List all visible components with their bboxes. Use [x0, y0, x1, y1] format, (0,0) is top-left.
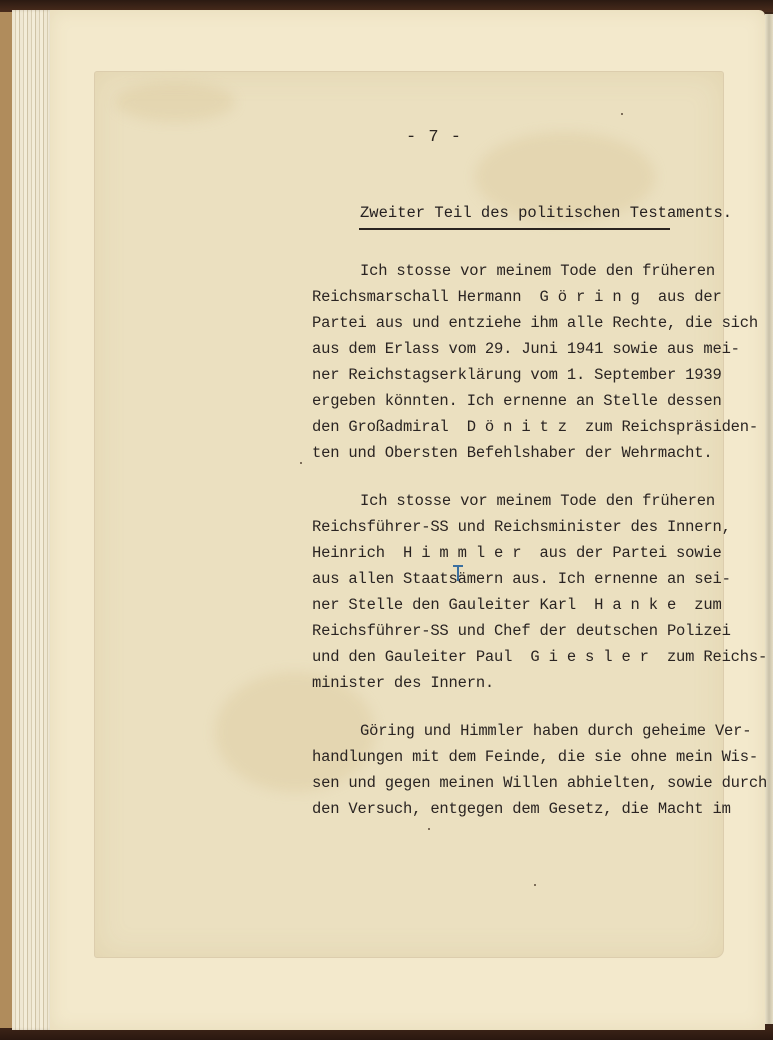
paper-speck: [534, 884, 536, 886]
handwritten-insertion-mark: [453, 564, 463, 582]
paper-speck: [621, 113, 623, 115]
text-line: Reichsmarschall Hermann G ö r i n g aus …: [312, 288, 722, 306]
page-number: - 7 -: [406, 128, 462, 147]
book-board-left: [0, 12, 12, 1028]
title-underline: [359, 228, 670, 230]
document-title: Zweiter Teil des politischen Testaments.: [360, 204, 732, 222]
text-line: handlungen mit dem Feinde, die sie ohne …: [312, 748, 758, 766]
text-line: Reichsführer-SS und Reichsminister des I…: [312, 518, 731, 536]
text-line: ergeben könnten. Ich ernenne an Stelle d…: [312, 392, 722, 410]
text-line: ten und Obersten Befehlshaber der Wehrma…: [312, 444, 712, 462]
text-line: ner Reichstagserklärung vom 1. September…: [312, 366, 722, 384]
text-line: Göring und Himmler haben durch geheime V…: [360, 722, 751, 740]
page-stack-edges: [12, 10, 52, 1030]
paper-speck: [428, 828, 430, 830]
text-line: Ich stosse vor meinem Tode den früheren: [360, 492, 715, 510]
text-line: den Großadmiral D ö n i t z zum Reichspr…: [312, 418, 758, 436]
text-line: Heinrich H i m m l e r aus der Partei so…: [312, 544, 722, 562]
text-line: und den Gauleiter Paul G i e s l e r zum…: [312, 648, 767, 666]
text-line: Ich stosse vor meinem Tode den früheren: [360, 262, 715, 280]
paper-stain: [115, 82, 235, 122]
text-line: den Versuch, entgegen dem Gesetz, die Ma…: [312, 800, 731, 818]
page-right-edge: [765, 14, 773, 1024]
text-line: Reichsführer-SS und Chef der deutschen P…: [312, 622, 731, 640]
text-line: Partei aus und entziehe ihm alle Rechte,…: [312, 314, 758, 332]
text-line: sen und gegen meinen Willen abhielten, s…: [312, 774, 767, 792]
text-line: aus dem Erlass vom 29. Juni 1941 sowie a…: [312, 340, 740, 358]
paper-speck: [300, 462, 302, 464]
text-line: aus allen Staatsämern aus. Ich ernenne a…: [312, 570, 731, 588]
text-line: minister des Innern.: [312, 674, 494, 692]
text-line: ner Stelle den Gauleiter Karl H a n k e …: [312, 596, 722, 614]
